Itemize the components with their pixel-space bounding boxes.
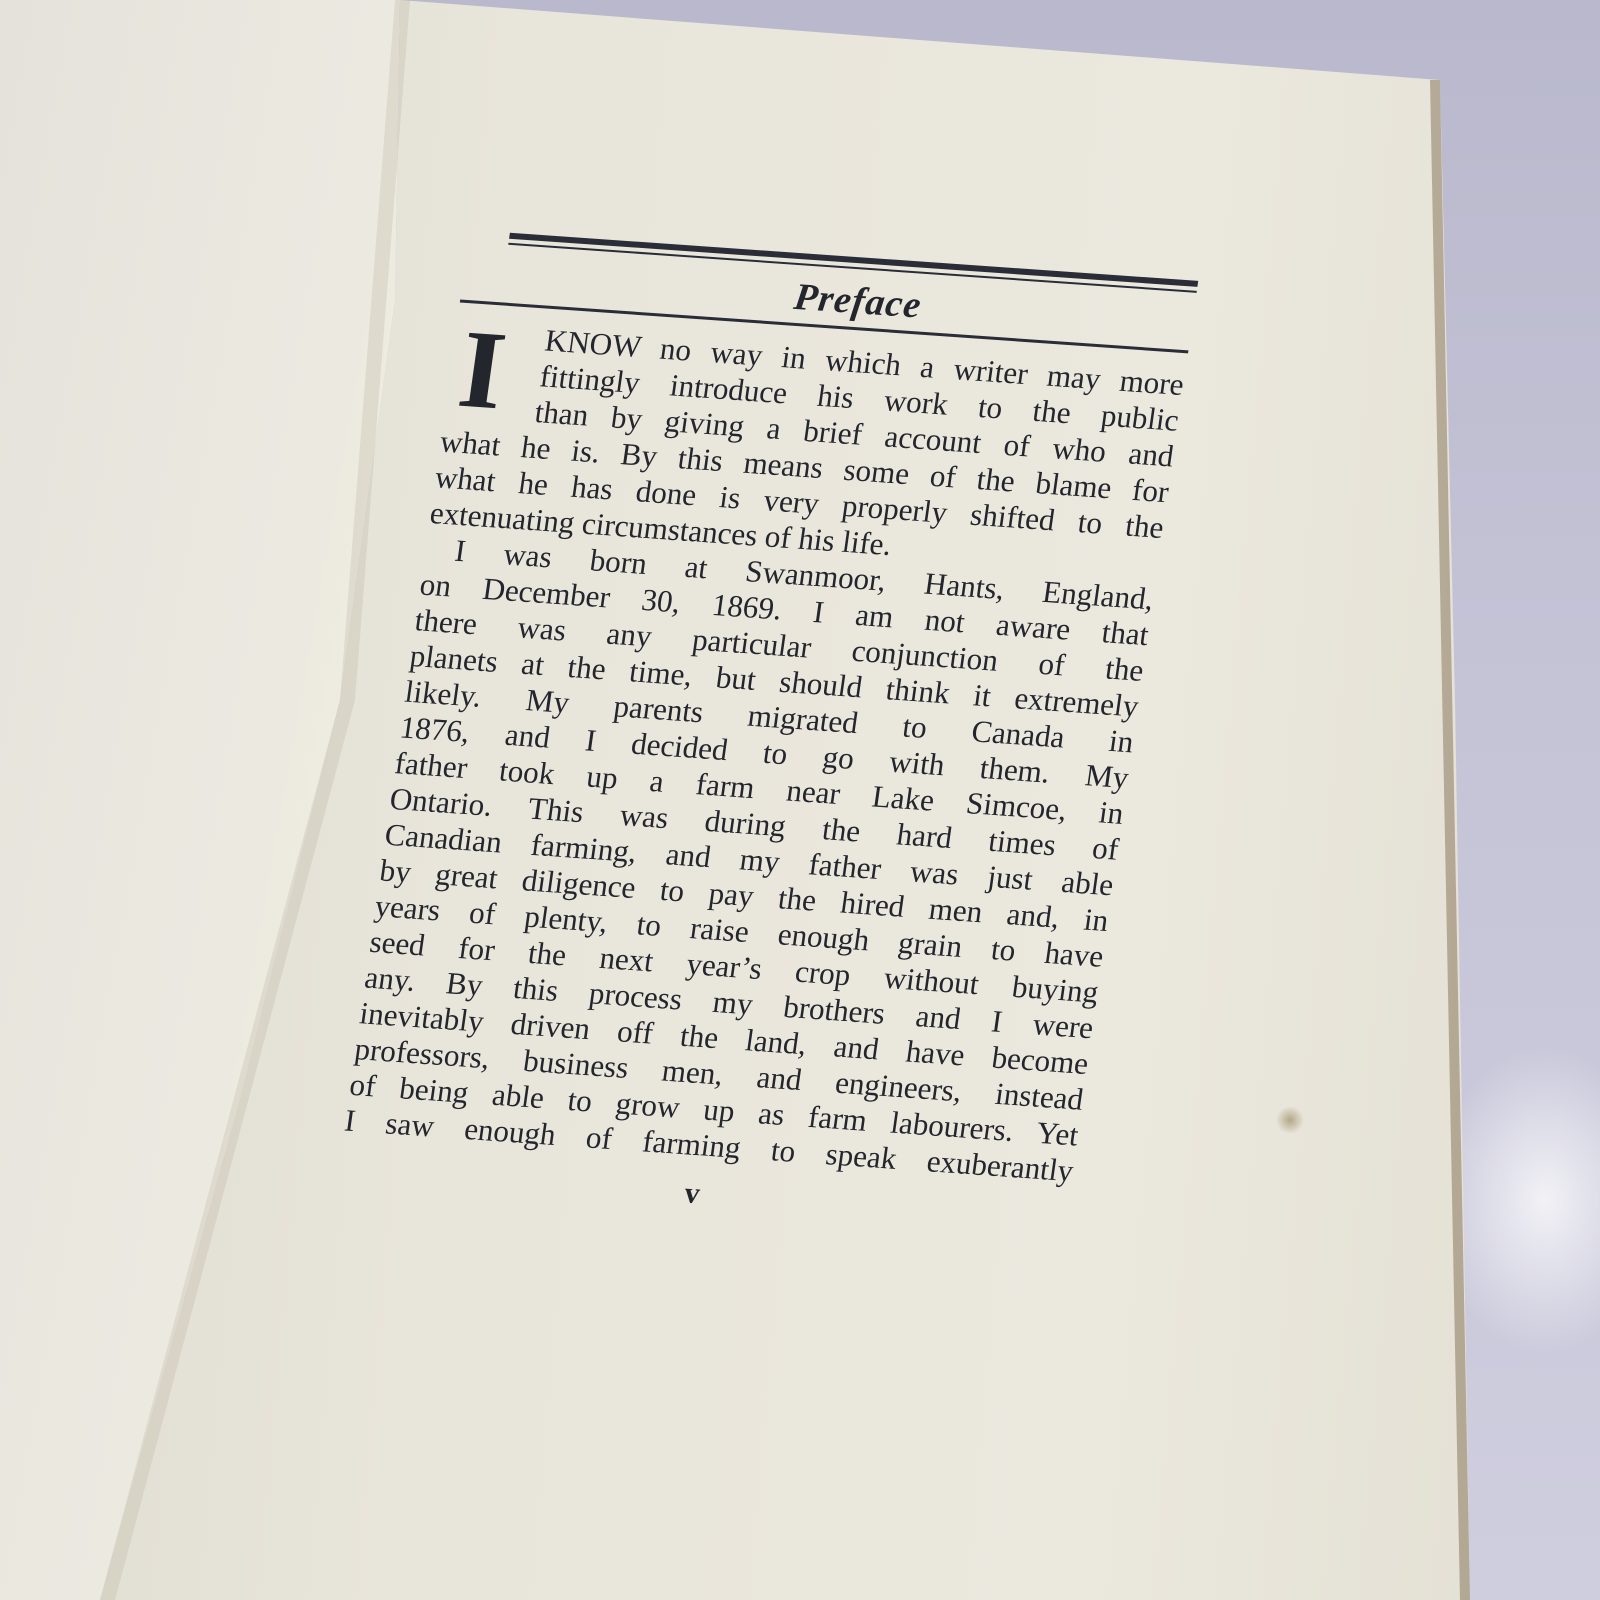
text-block: Preface I KNOW no way in which a writer … <box>336 230 1199 1237</box>
preface-body: I KNOW no way in which a writer may more… <box>342 316 1186 1189</box>
book-photo: Preface I KNOW no way in which a writer … <box>0 0 1600 1600</box>
paragraph-2: I was born at Swanmoor, Hants, England, … <box>342 531 1156 1189</box>
